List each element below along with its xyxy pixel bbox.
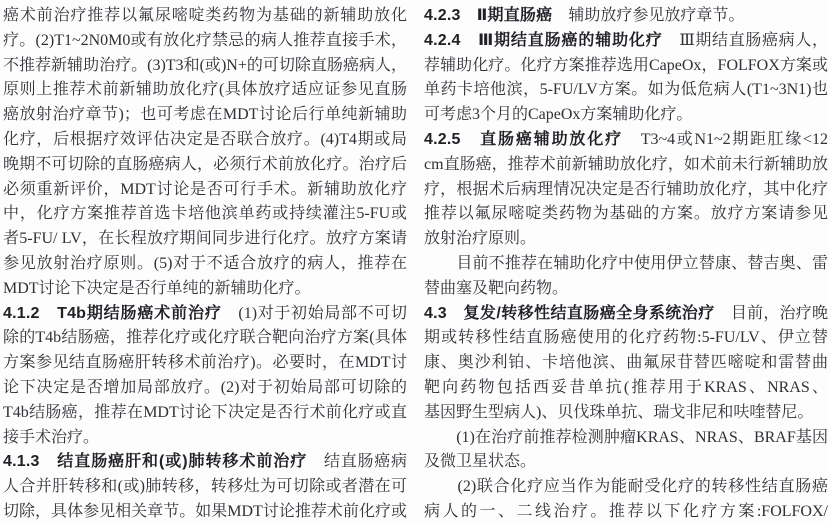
text-line: (1)在治疗前推荐检测肿瘤KRAS、NRAS、BRAF基因 — [424, 426, 828, 451]
text-run: 癌术前治疗推荐以氟尿嘧啶类药物为基础的新辅助放化 — [3, 7, 407, 24]
text-line: cm直肠癌，推荐术前新辅助放化疗，如术前未行新辅助放 — [424, 153, 828, 178]
document-page: 癌术前治疗推荐以氟尿嘧啶类药物为基础的新辅助放化疗。(2)T1~2N0M0或有放… — [0, 0, 830, 526]
text-run: 康、奥沙利铂、卡培他滨、曲氟尿苷替匹嘧啶和雷替曲塞。 — [424, 354, 828, 376]
text-run: 辅助放疗参见放疗章节。 — [552, 7, 744, 24]
text-run: 方案参见结直肠癌肝转移术前治疗)。必要时，在MDT讨 — [3, 354, 407, 371]
text-line: 4.2.3 Ⅱ期直肠癌 辅助放疗参见放疗章节。 — [424, 4, 828, 29]
text-line: 参见放射治疗原则。(5)对于不适合放疗的病人，推荐在 — [3, 252, 407, 277]
text-run: 目前不推荐在辅助化疗中使用伊立替康、替吉奥、雷 — [424, 255, 828, 272]
text-line: 癌放射治疗章节)；也可考虑在MDT讨论后行单纯新辅助 — [3, 103, 407, 128]
text-run: 晚期不可切除的直肠癌病人，必须行术前放化疗。治疗后 — [3, 156, 407, 173]
text-run: 病人的一、二线治疗。推荐以下化疗方案:FOLFOX/ — [424, 503, 828, 520]
text-line: 康、奥沙利铂、卡培他滨、曲氟尿苷替匹嘧啶和雷替曲塞。 — [424, 351, 828, 376]
section-heading: 4.2.5 直肠癌辅助放化疗 — [424, 131, 623, 148]
text-line: 4.2.4 Ⅲ期结直肠癌的辅助化疗 Ⅲ期结直肠癌病人，推 — [424, 29, 828, 54]
text-line: 论下决定是否增加局部放疗。(2)对于初始局部可切除的 — [3, 376, 407, 401]
text-line: 癌术前治疗推荐以氟尿嘧啶类药物为基础的新辅助放化 — [3, 4, 407, 29]
text-run: 荐辅助化疗。化疗方案推荐选用CapeOx，FOLFOX方案或 — [424, 57, 828, 74]
text-run: 疗。(2)T1~2N0M0或有放化疗禁忌的病人推荐直接手术， — [3, 32, 407, 49]
text-run: 切除，具体参见相关章节。如果MDT讨论推荐术前化疗或 — [3, 503, 407, 520]
section-heading: 4.1.3 结直肠癌肝和(或)肺转移术前治疗 — [3, 453, 307, 470]
text-line: 单药卡培他滨，5-FU/LV方案。如为低危病人(T1~3N1)也 — [424, 78, 828, 103]
text-line: 推荐以氟尿嘧啶类药物为基础的方案。放疗方案请参见 — [424, 202, 828, 227]
text-run: 及微卫星状态。 — [424, 453, 536, 470]
text-line: 及微卫星状态。 — [424, 450, 828, 475]
text-line: 方案参见结直肠癌肝转移术前治疗)。必要时，在MDT讨 — [3, 351, 407, 376]
text-line: 4.1.3 结直肠癌肝和(或)肺转移术前治疗 结直肠癌病 — [3, 450, 407, 475]
text-line: 切除，具体参见相关章节。如果MDT讨论推荐术前化疗或 — [3, 500, 407, 525]
text-line: 必须重新评价，MDT讨论是否可行手术。新辅助放化疗 — [3, 178, 407, 203]
text-run: T3~4或N1~2期距肛缘<12 — [623, 131, 828, 148]
text-line: 疗。(2)T1~2N0M0或有放化疗禁忌的病人推荐直接手术， — [3, 29, 407, 54]
text-line: 4.3 复发/转移性结直肠癌全身系统治疗 目前，治疗晚 — [424, 302, 828, 327]
text-run: 者5-FU/ LV，在长程放疗期间同步进行化疗。放疗方案请 — [3, 230, 407, 247]
text-run: 中，化疗方案推荐首选卡培他滨单药或持续灌注5-FU或 — [3, 205, 407, 222]
text-run: 疗，根据术后病理情况决定是否行辅助放化疗，其中化疗 — [424, 181, 828, 198]
text-run: 必须重新评价，MDT讨论是否可行手术。新辅助放化疗 — [3, 181, 407, 198]
text-run: 化疗，后根据疗效评估决定是否联合放疗。(4)T4期或局部 — [3, 131, 407, 153]
text-run: 癌放射治疗章节)；也可考虑在MDT讨论后行单纯新辅助 — [3, 106, 407, 123]
text-run: 结直肠癌病 — [307, 453, 407, 470]
text-line: 疗，根据术后病理情况决定是否行辅助放化疗，其中化疗 — [424, 178, 828, 203]
text-run: cm直肠癌，推荐术前新辅助放化疗，如术前未行新辅助放 — [424, 156, 828, 173]
text-line: 者5-FU/ LV，在长程放疗期间同步进行化疗。放疗方案请 — [3, 227, 407, 252]
text-line: 化疗，后根据疗效评估决定是否联合放疗。(4)T4期或局部 — [3, 128, 407, 153]
text-run: 基因野生型病人)、贝伐珠单抗、瑞戈非尼和呋喹替尼。 — [424, 404, 813, 421]
text-run: 论下决定是否增加局部放疗。(2)对于初始局部可切除的 — [3, 379, 407, 396]
text-run: 不推荐新辅助治疗。(3)T3和(或)N+的可切除直肠癌病人， — [3, 57, 407, 74]
text-run: 替曲塞及靶向药物。 — [424, 280, 568, 297]
text-line: 荐辅助化疗。化疗方案推荐选用CapeOx，FOLFOX方案或 — [424, 54, 828, 79]
text-line: (2)联合化疗应当作为能耐受化疗的转移性结直肠癌 — [424, 475, 828, 500]
text-run: T4b结肠癌，推荐在MDT讨论下决定是否行术前化疗或直 — [3, 404, 407, 421]
text-run: 放射治疗原则。 — [424, 230, 536, 247]
text-line: 可考虑3个月的CapeOx方案辅助化疗。 — [424, 103, 828, 128]
text-line: 原则上推荐术前新辅助放化疗(具体放疗适应证参见直肠 — [3, 78, 407, 103]
text-line: 放射治疗原则。 — [424, 227, 828, 252]
text-line: 基因野生型病人)、贝伐珠单抗、瑞戈非尼和呋喹替尼。 — [424, 401, 828, 426]
column-right: 4.2.3 Ⅱ期直肠癌 辅助放疗参见放疗章节。4.2.4 Ⅲ期结直肠癌的辅助化疗… — [424, 4, 828, 526]
text-run: 靶向药物包括西妥昔单抗(推荐用于KRAS、NRAS、BRAF — [424, 379, 828, 401]
text-run: 除的T4b结肠癌，推荐化疗或化疗联合靶向治疗方案(具体 — [3, 329, 407, 346]
text-line: 人合并肝转移和(或)肺转移，转移灶为可切除或者潜在可 — [3, 475, 407, 500]
text-line: 除的T4b结肠癌，推荐化疗或化疗联合靶向治疗方案(具体 — [3, 326, 407, 351]
text-line: 4.2.5 直肠癌辅助放化疗 T3~4或N1~2期距肛缘<12 — [424, 128, 828, 153]
text-run: 原则上推荐术前新辅助放化疗(具体放疗适应证参见直肠 — [3, 81, 407, 98]
column-left: 癌术前治疗推荐以氟尿嘧啶类药物为基础的新辅助放化疗。(2)T1~2N0M0或有放… — [3, 4, 407, 526]
text-run: (1)在治疗前推荐检测肿瘤KRAS、NRAS、BRAF基因 — [424, 429, 828, 446]
text-line: 4.1.2 T4b期结肠癌术前治疗 (1)对于初始局部不可切 — [3, 302, 407, 327]
text-run: 接手术治疗。 — [3, 429, 99, 446]
text-line: 靶向药物包括西妥昔单抗(推荐用于KRAS、NRAS、BRAF — [424, 376, 828, 401]
text-run: 人合并肝转移和(或)肺转移，转移灶为可切除或者潜在可 — [3, 478, 407, 495]
text-line: T4b结肠癌，推荐在MDT讨论下决定是否行术前化疗或直 — [3, 401, 407, 426]
section-heading: 4.2.3 Ⅱ期直肠癌 — [424, 7, 552, 24]
text-line: 期或转移性结直肠癌使用的化疗药物:5-FU/LV、伊立替 — [424, 326, 828, 351]
text-line: 接手术治疗。 — [3, 426, 407, 451]
section-heading: 4.3 复发/转移性结直肠癌全身系统治疗 — [424, 305, 715, 322]
text-run: 单药卡培他滨，5-FU/LV方案。如为低危病人(T1~3N1)也 — [424, 81, 828, 98]
text-line: 病人的一、二线治疗。推荐以下化疗方案:FOLFOX/ — [424, 500, 828, 525]
section-heading: 4.1.2 T4b期结肠癌术前治疗 — [3, 305, 222, 322]
text-line: 替曲塞及靶向药物。 — [424, 277, 828, 302]
text-run: 推荐以氟尿嘧啶类药物为基础的方案。放疗方案请参见 — [424, 205, 828, 222]
section-heading: 4.2.4 Ⅲ期结直肠癌的辅助化疗 — [424, 32, 663, 49]
text-run: 期或转移性结直肠癌使用的化疗药物:5-FU/LV、伊立替 — [424, 329, 828, 346]
text-run: 参见放射治疗原则。(5)对于不适合放疗的病人，推荐在 — [3, 255, 407, 272]
text-run: 目前，治疗晚 — [715, 305, 828, 322]
text-run: MDT讨论下决定是否行单纯的新辅助化疗。 — [3, 280, 311, 297]
text-run: (2)联合化疗应当作为能耐受化疗的转移性结直肠癌 — [424, 478, 828, 495]
text-line: 中，化疗方案推荐首选卡培他滨单药或持续灌注5-FU或 — [3, 202, 407, 227]
text-run: (1)对于初始局部不可切 — [222, 305, 407, 322]
text-line: MDT讨论下决定是否行单纯的新辅助化疗。 — [3, 277, 407, 302]
text-line: 晚期不可切除的直肠癌病人，必须行术前放化疗。治疗后 — [3, 153, 407, 178]
text-run: 可考虑3个月的CapeOx方案辅助化疗。 — [424, 106, 692, 123]
text-line: 目前不推荐在辅助化疗中使用伊立替康、替吉奥、雷 — [424, 252, 828, 277]
text-line: 不推荐新辅助治疗。(3)T3和(或)N+的可切除直肠癌病人， — [3, 54, 407, 79]
